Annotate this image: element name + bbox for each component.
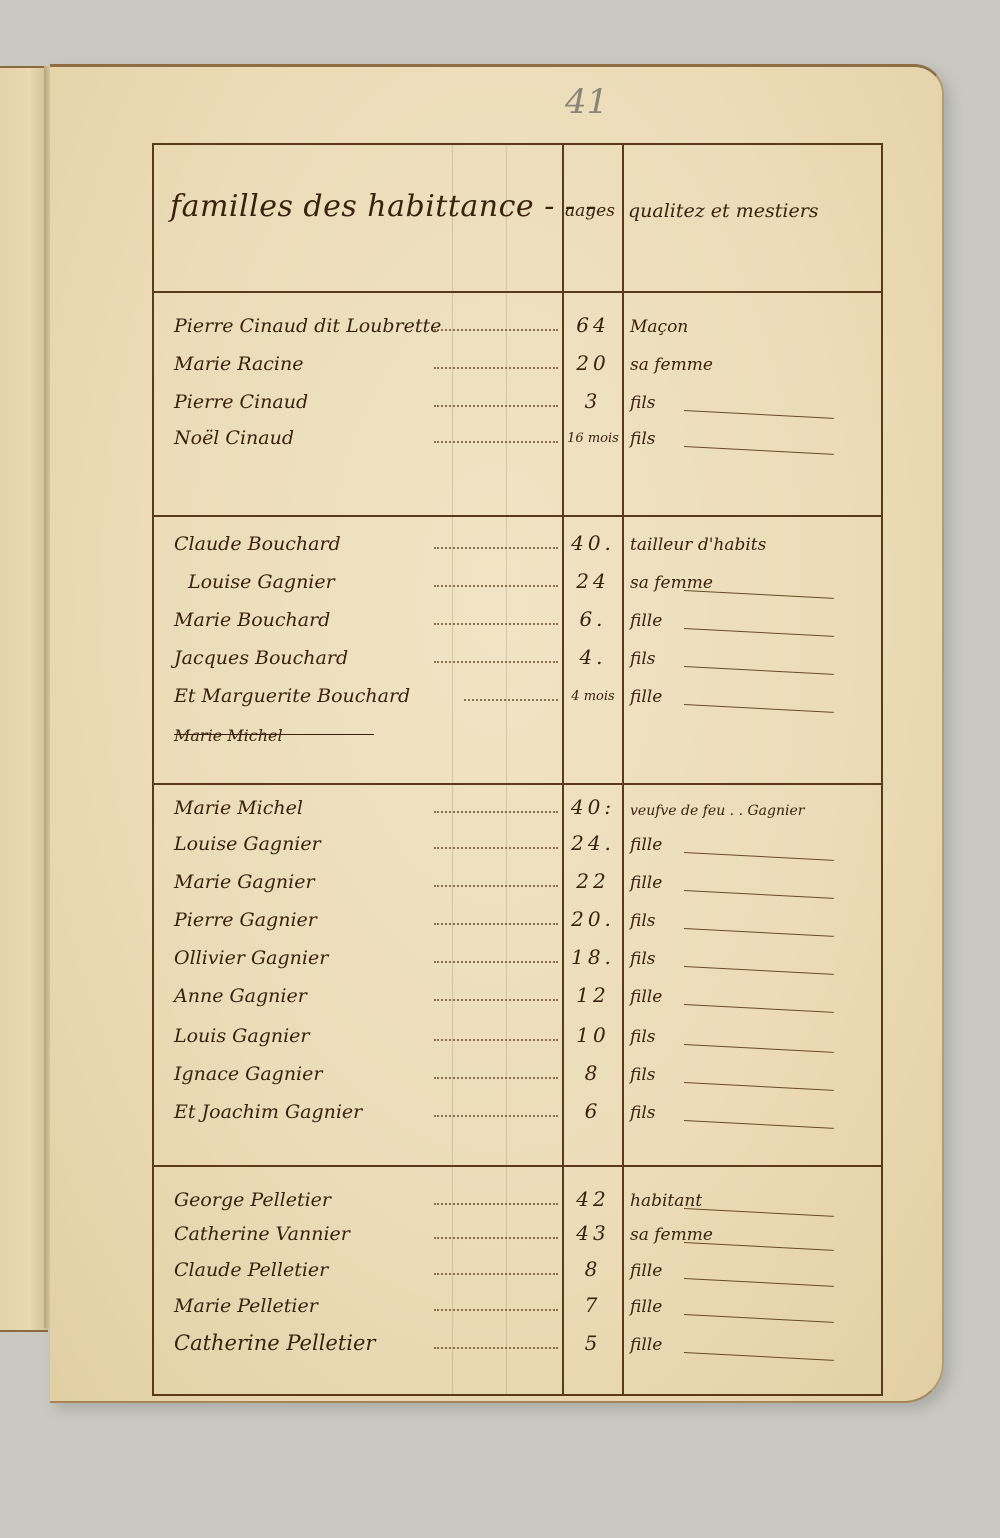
- flourish-line: [684, 1082, 834, 1091]
- family-group-pelletier: George Pelletier 42 habitant Catherine V…: [154, 1165, 881, 1392]
- leader-dots: [434, 405, 558, 407]
- person-quality: fils: [630, 911, 656, 931]
- person-age: 22: [564, 869, 622, 893]
- person-age: 10: [564, 1023, 622, 1047]
- flourish-line: [684, 928, 834, 937]
- table-row: Catherine Vannier 43 sa femme: [154, 1213, 881, 1249]
- flourish-line: [684, 1044, 834, 1053]
- person-age: 40.: [564, 531, 622, 555]
- flourish-line: [684, 704, 834, 713]
- table-row: Marie Bouchard 6. fille: [154, 599, 881, 635]
- person-age: 40:: [564, 795, 622, 819]
- leader-dots: [434, 847, 558, 849]
- flourish-line: [684, 666, 834, 675]
- flourish-line: [684, 590, 834, 599]
- person-name: Et Marguerite Bouchard: [174, 685, 410, 707]
- person-name: Marie Bouchard: [174, 609, 330, 631]
- person-age: 24: [564, 569, 622, 593]
- person-quality: fils: [630, 1027, 656, 1047]
- table-row: Louise Gagnier 24 sa femme: [154, 561, 881, 597]
- person-age: 43: [564, 1221, 622, 1245]
- table-row: Anne Gagnier 12 fille: [154, 975, 881, 1011]
- person-name: Marie Racine: [174, 353, 304, 375]
- leader-dots: [434, 1347, 558, 1349]
- table-row: Louise Gagnier 24. fille: [154, 823, 881, 859]
- person-name: Pierre Cinaud: [174, 391, 308, 413]
- header-quality: qualitez et mestiers: [628, 200, 819, 222]
- table-row: Claude Pelletier 8 fille: [154, 1249, 881, 1285]
- person-quality: Maçon: [630, 317, 688, 337]
- table-row: Ignace Gagnier 8 fils: [154, 1053, 881, 1089]
- table-row: Claude Bouchard 40. tailleur d'habits: [154, 523, 881, 559]
- table-row: Marie Racine 20 sa femme: [154, 343, 881, 379]
- leader-dots: [434, 623, 558, 625]
- person-name: Ollivier Gagnier: [174, 947, 328, 969]
- person-quality: fille: [630, 1335, 662, 1355]
- person-age: 6.: [564, 607, 622, 631]
- person-name: Claude Bouchard: [174, 533, 341, 555]
- person-name: Catherine Pelletier: [174, 1331, 375, 1355]
- leader-dots: [434, 441, 558, 443]
- table-row: Pierre Gagnier 20. fils: [154, 899, 881, 935]
- person-age: 64: [564, 313, 622, 337]
- person-name: Pierre Cinaud dit Loubrette: [174, 315, 441, 337]
- table-row: Marie Gagnier 22 fille: [154, 861, 881, 897]
- header-ages: aages: [565, 201, 615, 221]
- person-age: 20: [564, 351, 622, 375]
- person-quality: fils: [630, 1103, 656, 1123]
- table-row: Catherine Pelletier 5 fille: [154, 1323, 881, 1359]
- person-name: Pierre Gagnier: [174, 909, 317, 931]
- person-age: 42: [564, 1187, 622, 1211]
- person-age: 8: [564, 1257, 622, 1281]
- person-quality: veufve de feu . . Gagnier: [630, 803, 804, 819]
- leader-dots: [434, 585, 558, 587]
- person-quality: fils: [630, 1065, 656, 1085]
- person-quality: fille: [630, 835, 662, 855]
- header-families: familles des habittance - - -: [170, 189, 596, 224]
- facing-page-edge: [0, 66, 48, 1332]
- leader-dots: [434, 1203, 558, 1205]
- person-name: Louise Gagnier: [188, 571, 335, 593]
- person-age: 7: [564, 1293, 622, 1317]
- flourish-line: [684, 1120, 834, 1129]
- person-quality: fille: [630, 873, 662, 893]
- person-name: Et Joachim Gagnier: [174, 1101, 362, 1123]
- person-quality: fils: [630, 393, 656, 413]
- person-age: 8: [564, 1061, 622, 1085]
- leader-dots: [434, 1273, 558, 1275]
- person-quality: fille: [630, 687, 662, 707]
- person-age: 20.: [564, 907, 622, 931]
- table-row: Marie Pelletier 7 fille: [154, 1285, 881, 1321]
- family-group-cinaud: Pierre Cinaud dit Loubrette 64 Maçon Mar…: [154, 291, 881, 517]
- table-header: familles des habittance - - - aages qual…: [154, 145, 881, 293]
- person-name: Ignace Gagnier: [174, 1063, 322, 1085]
- person-name: Claude Pelletier: [174, 1259, 328, 1281]
- flourish-line: [684, 446, 834, 455]
- person-name: George Pelletier: [174, 1189, 331, 1211]
- person-age: 3: [564, 389, 622, 413]
- table-row: Et Joachim Gagnier 6 fils: [154, 1091, 881, 1127]
- leader-dots: [434, 961, 558, 963]
- flourish-line: [684, 628, 834, 637]
- leader-dots: [434, 999, 558, 1001]
- person-quality: fille: [630, 1261, 662, 1281]
- family-group-gagnier: Marie Michel 40: veufve de feu . . Gagni…: [154, 783, 881, 1167]
- flourish-line: [684, 966, 834, 975]
- flourish-line: [684, 1314, 834, 1323]
- person-quality: fille: [630, 1297, 662, 1317]
- person-name: Marie Gagnier: [174, 871, 315, 893]
- folio-number: 41: [565, 82, 608, 122]
- person-age: 6: [564, 1099, 622, 1123]
- person-name: Catherine Vannier: [174, 1223, 350, 1245]
- leader-dots: [434, 885, 558, 887]
- table-row: Et Marguerite Bouchard 4 mois fille: [154, 675, 881, 711]
- person-name: Marie Michel: [174, 726, 283, 745]
- person-name: Noël Cinaud: [174, 427, 294, 449]
- flourish-line: [684, 1352, 834, 1361]
- person-name: Marie Michel: [174, 797, 303, 819]
- flourish-line: [684, 852, 834, 861]
- leader-dots: [434, 1115, 558, 1117]
- table-row: Louis Gagnier 10 fils: [154, 1015, 881, 1051]
- leader-dots: [434, 1237, 558, 1239]
- leader-dots: [434, 1039, 558, 1041]
- leader-dots: [464, 699, 558, 701]
- person-age: 12: [564, 983, 622, 1007]
- flourish-line: [684, 1004, 834, 1013]
- person-quality: sa femme: [630, 355, 713, 375]
- table-row-struck: Marie Michel: [154, 713, 881, 749]
- person-name: Louise Gagnier: [174, 833, 321, 855]
- person-name: Jacques Bouchard: [174, 647, 348, 669]
- person-quality: fille: [630, 987, 662, 1007]
- person-name: Louis Gagnier: [174, 1025, 309, 1047]
- flourish-line: [684, 890, 834, 899]
- table-row: Jacques Bouchard 4. fils: [154, 637, 881, 673]
- person-name: Anne Gagnier: [174, 985, 307, 1007]
- census-table: familles des habittance - - - aages qual…: [152, 143, 883, 1396]
- person-quality: tailleur d'habits: [630, 535, 766, 555]
- table-row: Marie Michel 40: veufve de feu . . Gagni…: [154, 787, 881, 823]
- leader-dots: [434, 811, 558, 813]
- family-group-bouchard: Claude Bouchard 40. tailleur d'habits Lo…: [154, 515, 881, 785]
- leader-dots: [434, 547, 558, 549]
- person-quality: fils: [630, 429, 656, 449]
- leader-dots: [434, 1309, 558, 1311]
- leader-dots: [434, 1077, 558, 1079]
- table-row: George Pelletier 42 habitant: [154, 1179, 881, 1215]
- person-quality: fils: [630, 649, 656, 669]
- leader-dots: [434, 923, 558, 925]
- leader-dots: [434, 329, 558, 331]
- person-age: 5: [564, 1331, 622, 1355]
- leader-dots: [434, 661, 558, 663]
- person-age: 18.: [564, 945, 622, 969]
- person-age: 4.: [564, 645, 622, 669]
- leader-dots: [434, 367, 558, 369]
- person-name: Marie Pelletier: [174, 1295, 318, 1317]
- person-quality: fils: [630, 949, 656, 969]
- person-age: 16 mois: [564, 431, 622, 446]
- table-row: Pierre Cinaud dit Loubrette 64 Maçon: [154, 305, 881, 341]
- person-age: 24.: [564, 831, 622, 855]
- strikethrough-line: [174, 734, 374, 735]
- person-age: 4 mois: [564, 689, 622, 704]
- table-row: Noël Cinaud 16 mois fils: [154, 417, 881, 453]
- table-row: Ollivier Gagnier 18. fils: [154, 937, 881, 973]
- table-row: Pierre Cinaud 3 fils: [154, 381, 881, 417]
- person-quality: fille: [630, 611, 662, 631]
